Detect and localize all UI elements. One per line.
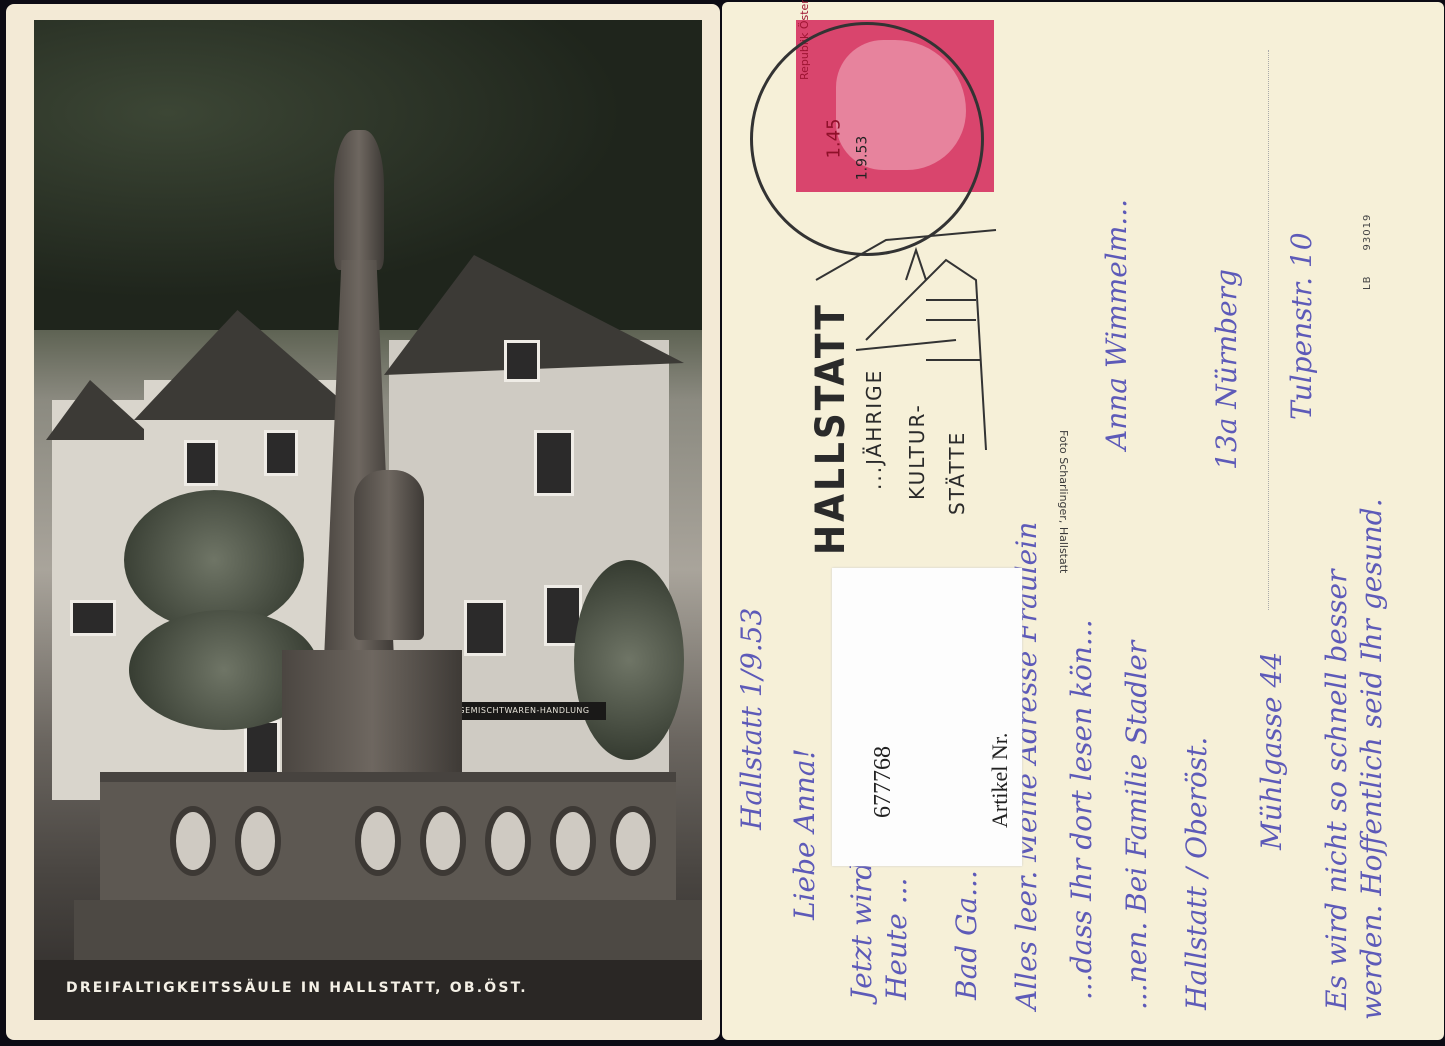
- handwriting-line: Hallstatt 1/9.53: [735, 608, 768, 830]
- balustrade-opening: [355, 806, 401, 876]
- tree-right: [574, 560, 684, 760]
- handwriting-line: ...dass Ihr dort lesen kön...: [1065, 619, 1098, 1000]
- photographer-credit: Foto Scharlinger, Hallstatt: [1057, 430, 1070, 573]
- postmark-date: 1.9.53: [854, 136, 870, 181]
- window: [264, 430, 298, 476]
- handwriting-line: Mühlgasse 44: [1255, 652, 1288, 850]
- publisher-number: 93019: [1362, 214, 1373, 251]
- cancellation-slogan-3: STÄTTE: [945, 431, 969, 515]
- handwriting-line: werden. Hoffentlich seid Ihr gesund.: [1355, 498, 1388, 1020]
- cancellation-town: HALLSTATT: [808, 302, 854, 555]
- shop-sign: GEMISCHTWAREN-HANDLUNG: [442, 702, 606, 720]
- balustrade-opening: [235, 806, 281, 876]
- window: [184, 440, 218, 486]
- article-number: 677768: [870, 746, 897, 818]
- handwriting-line: Hallstatt / Oberöst.: [1180, 737, 1213, 1010]
- balustrade-opening: [485, 806, 531, 876]
- handwriting-line: Bad Ga...: [950, 870, 983, 1000]
- balustrade-opening: [610, 806, 656, 876]
- window: [70, 600, 116, 636]
- handwriting-line: Liebe Anna!: [788, 748, 821, 920]
- publisher-code: LB 93019: [1362, 214, 1373, 290]
- ivy-bush: [124, 490, 304, 630]
- window: [534, 430, 574, 496]
- column-pedestal: [282, 650, 462, 780]
- statue-top: [334, 130, 384, 270]
- cancellation-slogan-2: KULTUR-: [905, 403, 929, 500]
- balustrade-opening: [170, 806, 216, 876]
- window: [504, 340, 540, 382]
- balustrade-opening: [550, 806, 596, 876]
- article-number-title: Artikel Nr.: [987, 733, 1013, 828]
- balustrade-opening: [420, 806, 466, 876]
- fountain-balustrade: [100, 772, 676, 912]
- handwriting-line: Heute ...: [880, 878, 913, 1000]
- cancellation-slogan-1: ...JÄHRIGE: [862, 369, 886, 490]
- article-number-label: 677768 Artikel Nr.: [832, 568, 1022, 866]
- handwriting-line: ...nen. Bei Familie Stadler: [1120, 641, 1153, 1010]
- publisher-mark: LB: [1362, 276, 1373, 290]
- handwriting-line: Anna Wimmelm...: [1100, 199, 1133, 450]
- handwriting-line: Tulpenstr. 10: [1285, 232, 1318, 420]
- saint-statue: [354, 470, 424, 640]
- handwriting-line: 13a Nürnberg: [1210, 269, 1243, 470]
- window: [464, 600, 506, 656]
- postcard-front: GEMISCHTWAREN-HANDLUNG DREIFALTIGKEITSSÄ…: [8, 6, 718, 1038]
- photo-caption: DREIFALTIGKEITSSÄULE IN HALLSTATT, OB.ÖS…: [66, 980, 528, 996]
- photo-hallstatt-trinity-column: GEMISCHTWAREN-HANDLUNG: [34, 20, 702, 1020]
- address-divider-line: [1268, 50, 1270, 610]
- handwriting-line: Es wird nicht so schnell besser: [1320, 569, 1353, 1010]
